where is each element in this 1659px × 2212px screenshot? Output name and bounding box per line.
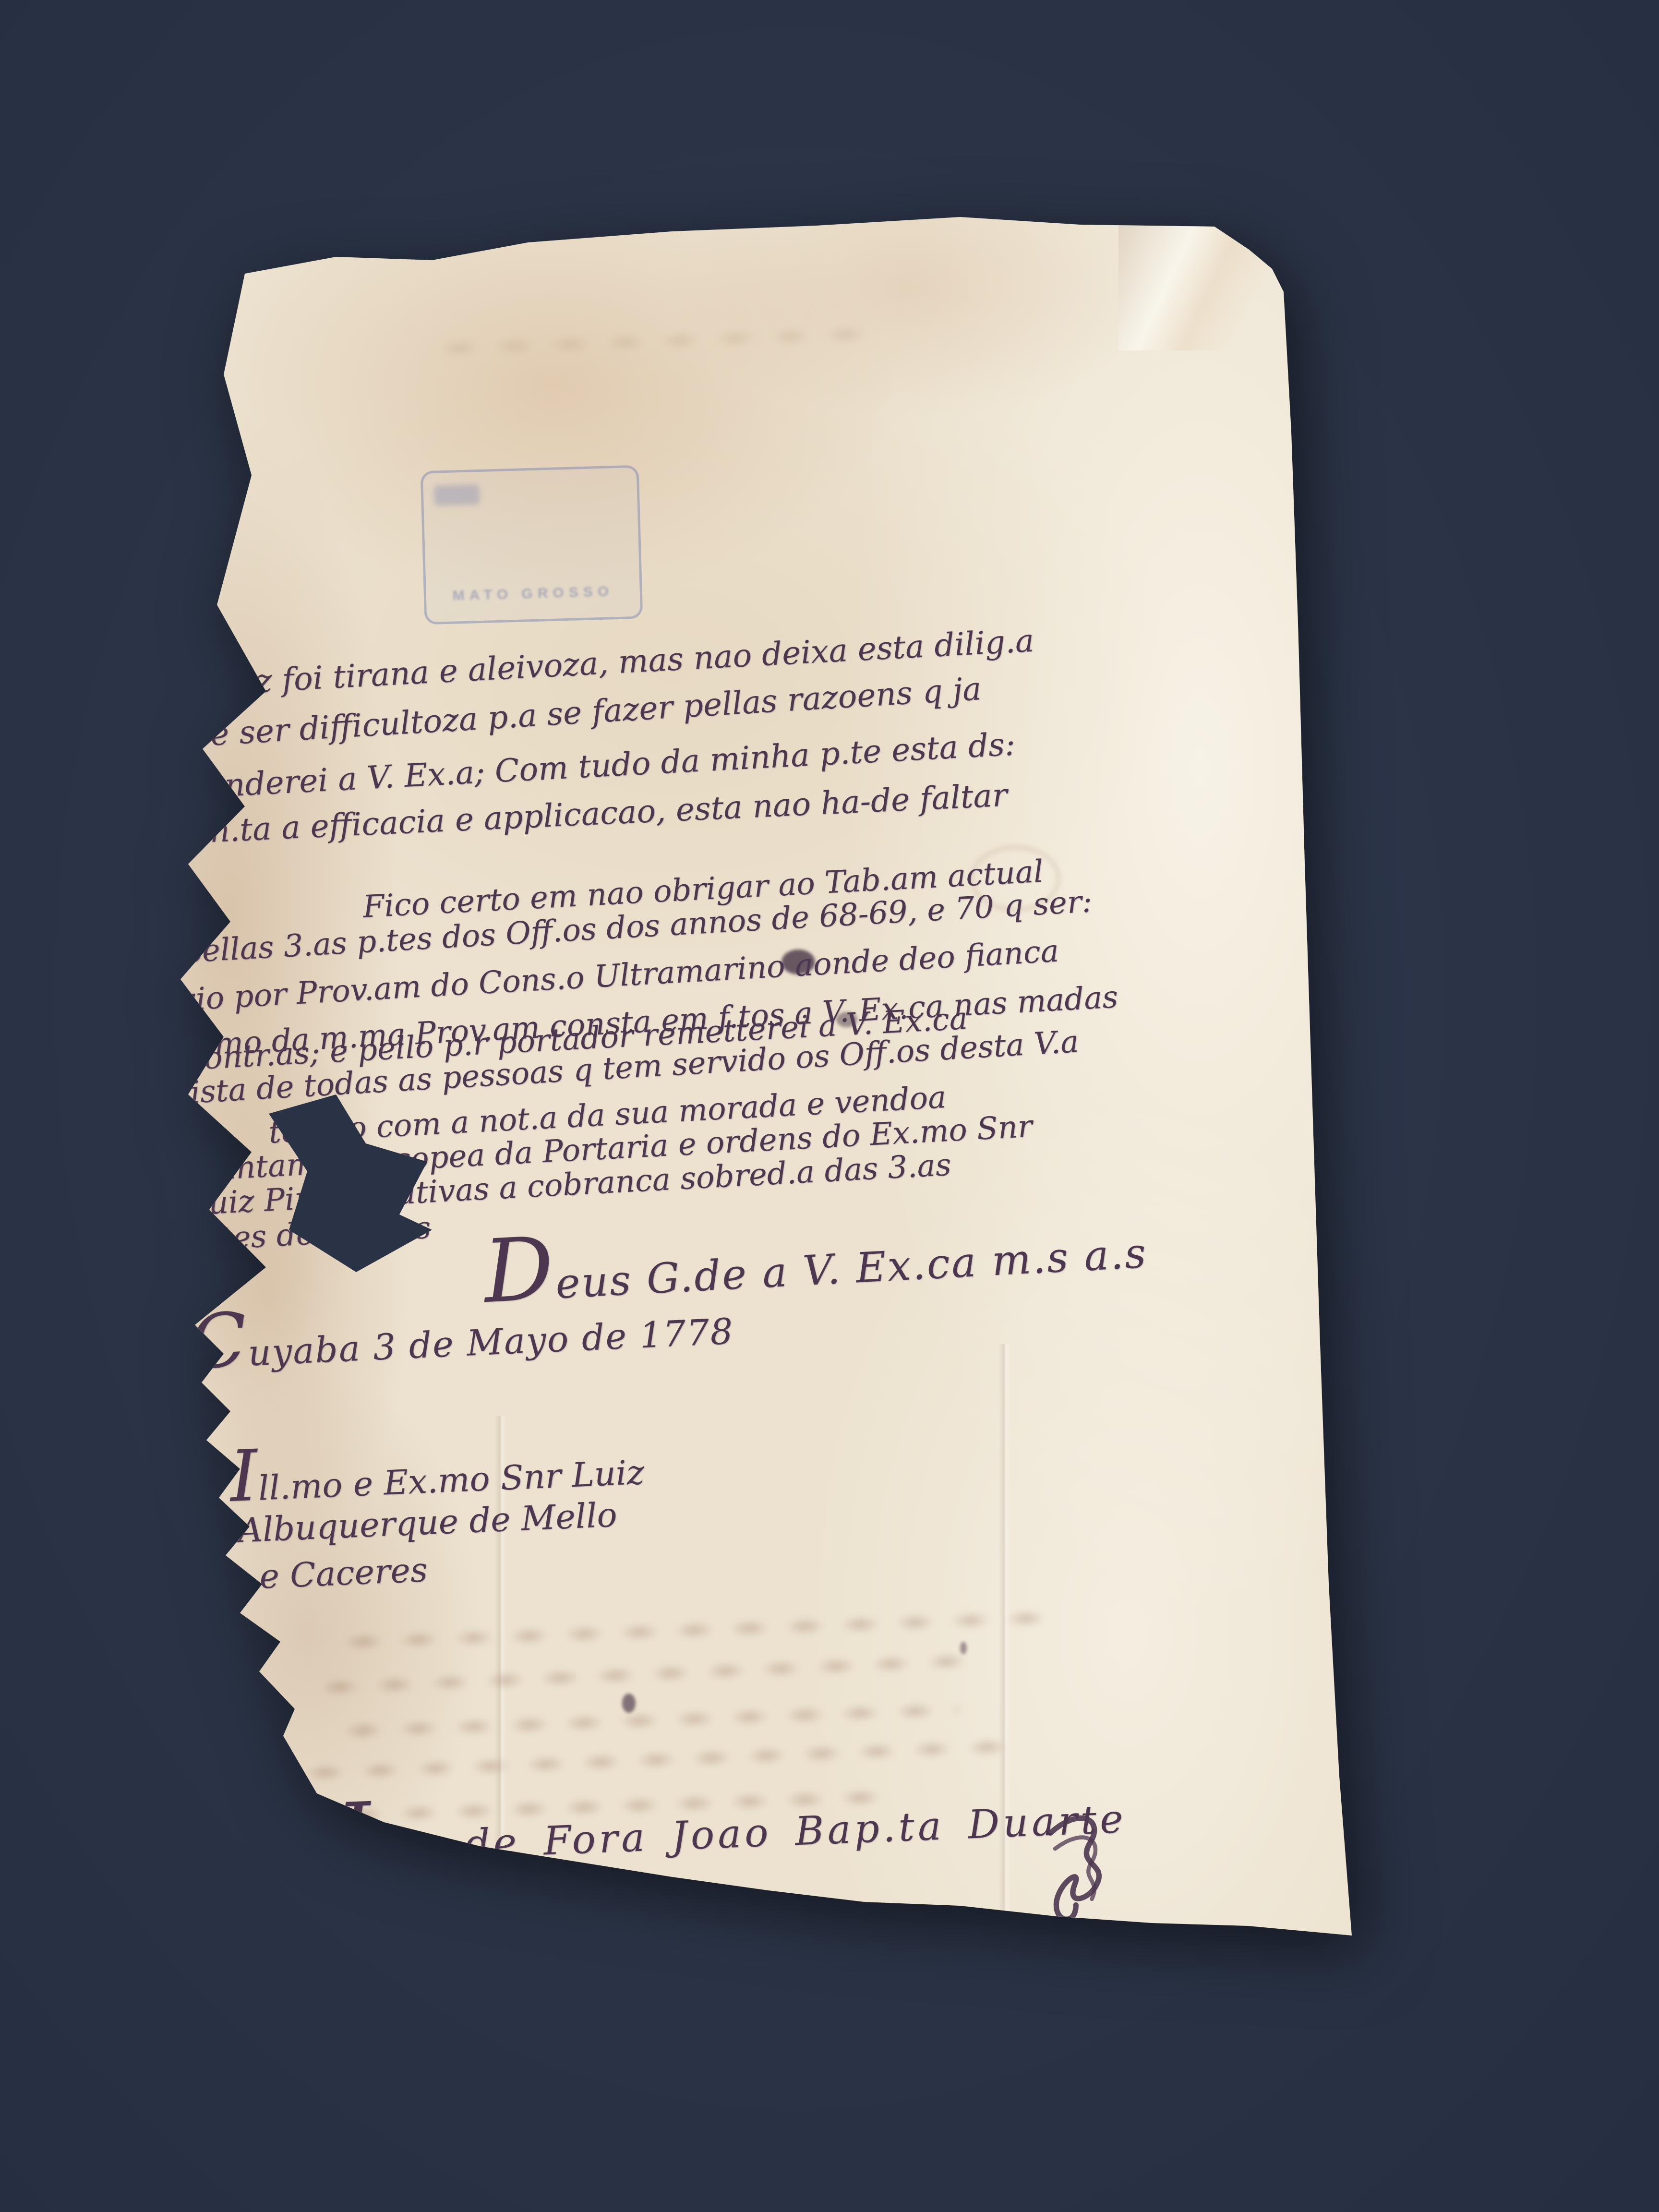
signature-rubric (1024, 1805, 1121, 1931)
bleed-through-row (432, 321, 864, 362)
bleed-through-row (336, 1605, 1056, 1656)
valediction-line: Deus G.de a V. Ex.ca m.s a.s (484, 1233, 1148, 1309)
stamp-ink-smudge (433, 484, 480, 506)
folded-corner (1118, 206, 1301, 350)
address-line: P.ra e Caceres (186, 1553, 429, 1597)
date-line: Cuyaba 3 de Mayo de 1778 (189, 1314, 734, 1374)
ink-blot (622, 1694, 636, 1713)
signature-initial-flourish (269, 1810, 341, 1891)
photo-background: MATO GROSSO ...ez foi tirana e aleivoza,… (0, 0, 1659, 2212)
archive-stamp: MATO GROSSO (421, 465, 643, 625)
bleed-through-row (336, 1697, 960, 1744)
bleed-through-row (312, 1647, 984, 1701)
stamp-text: MATO GROSSO (426, 583, 640, 605)
manuscript-paper: MATO GROSSO ...ez foi tirana e aleivoza,… (0, 0, 1659, 2212)
paper-shadow-wrap: MATO GROSSO ...ez foi tirana e aleivoza,… (0, 0, 1659, 2212)
ink-blot (960, 1642, 967, 1654)
